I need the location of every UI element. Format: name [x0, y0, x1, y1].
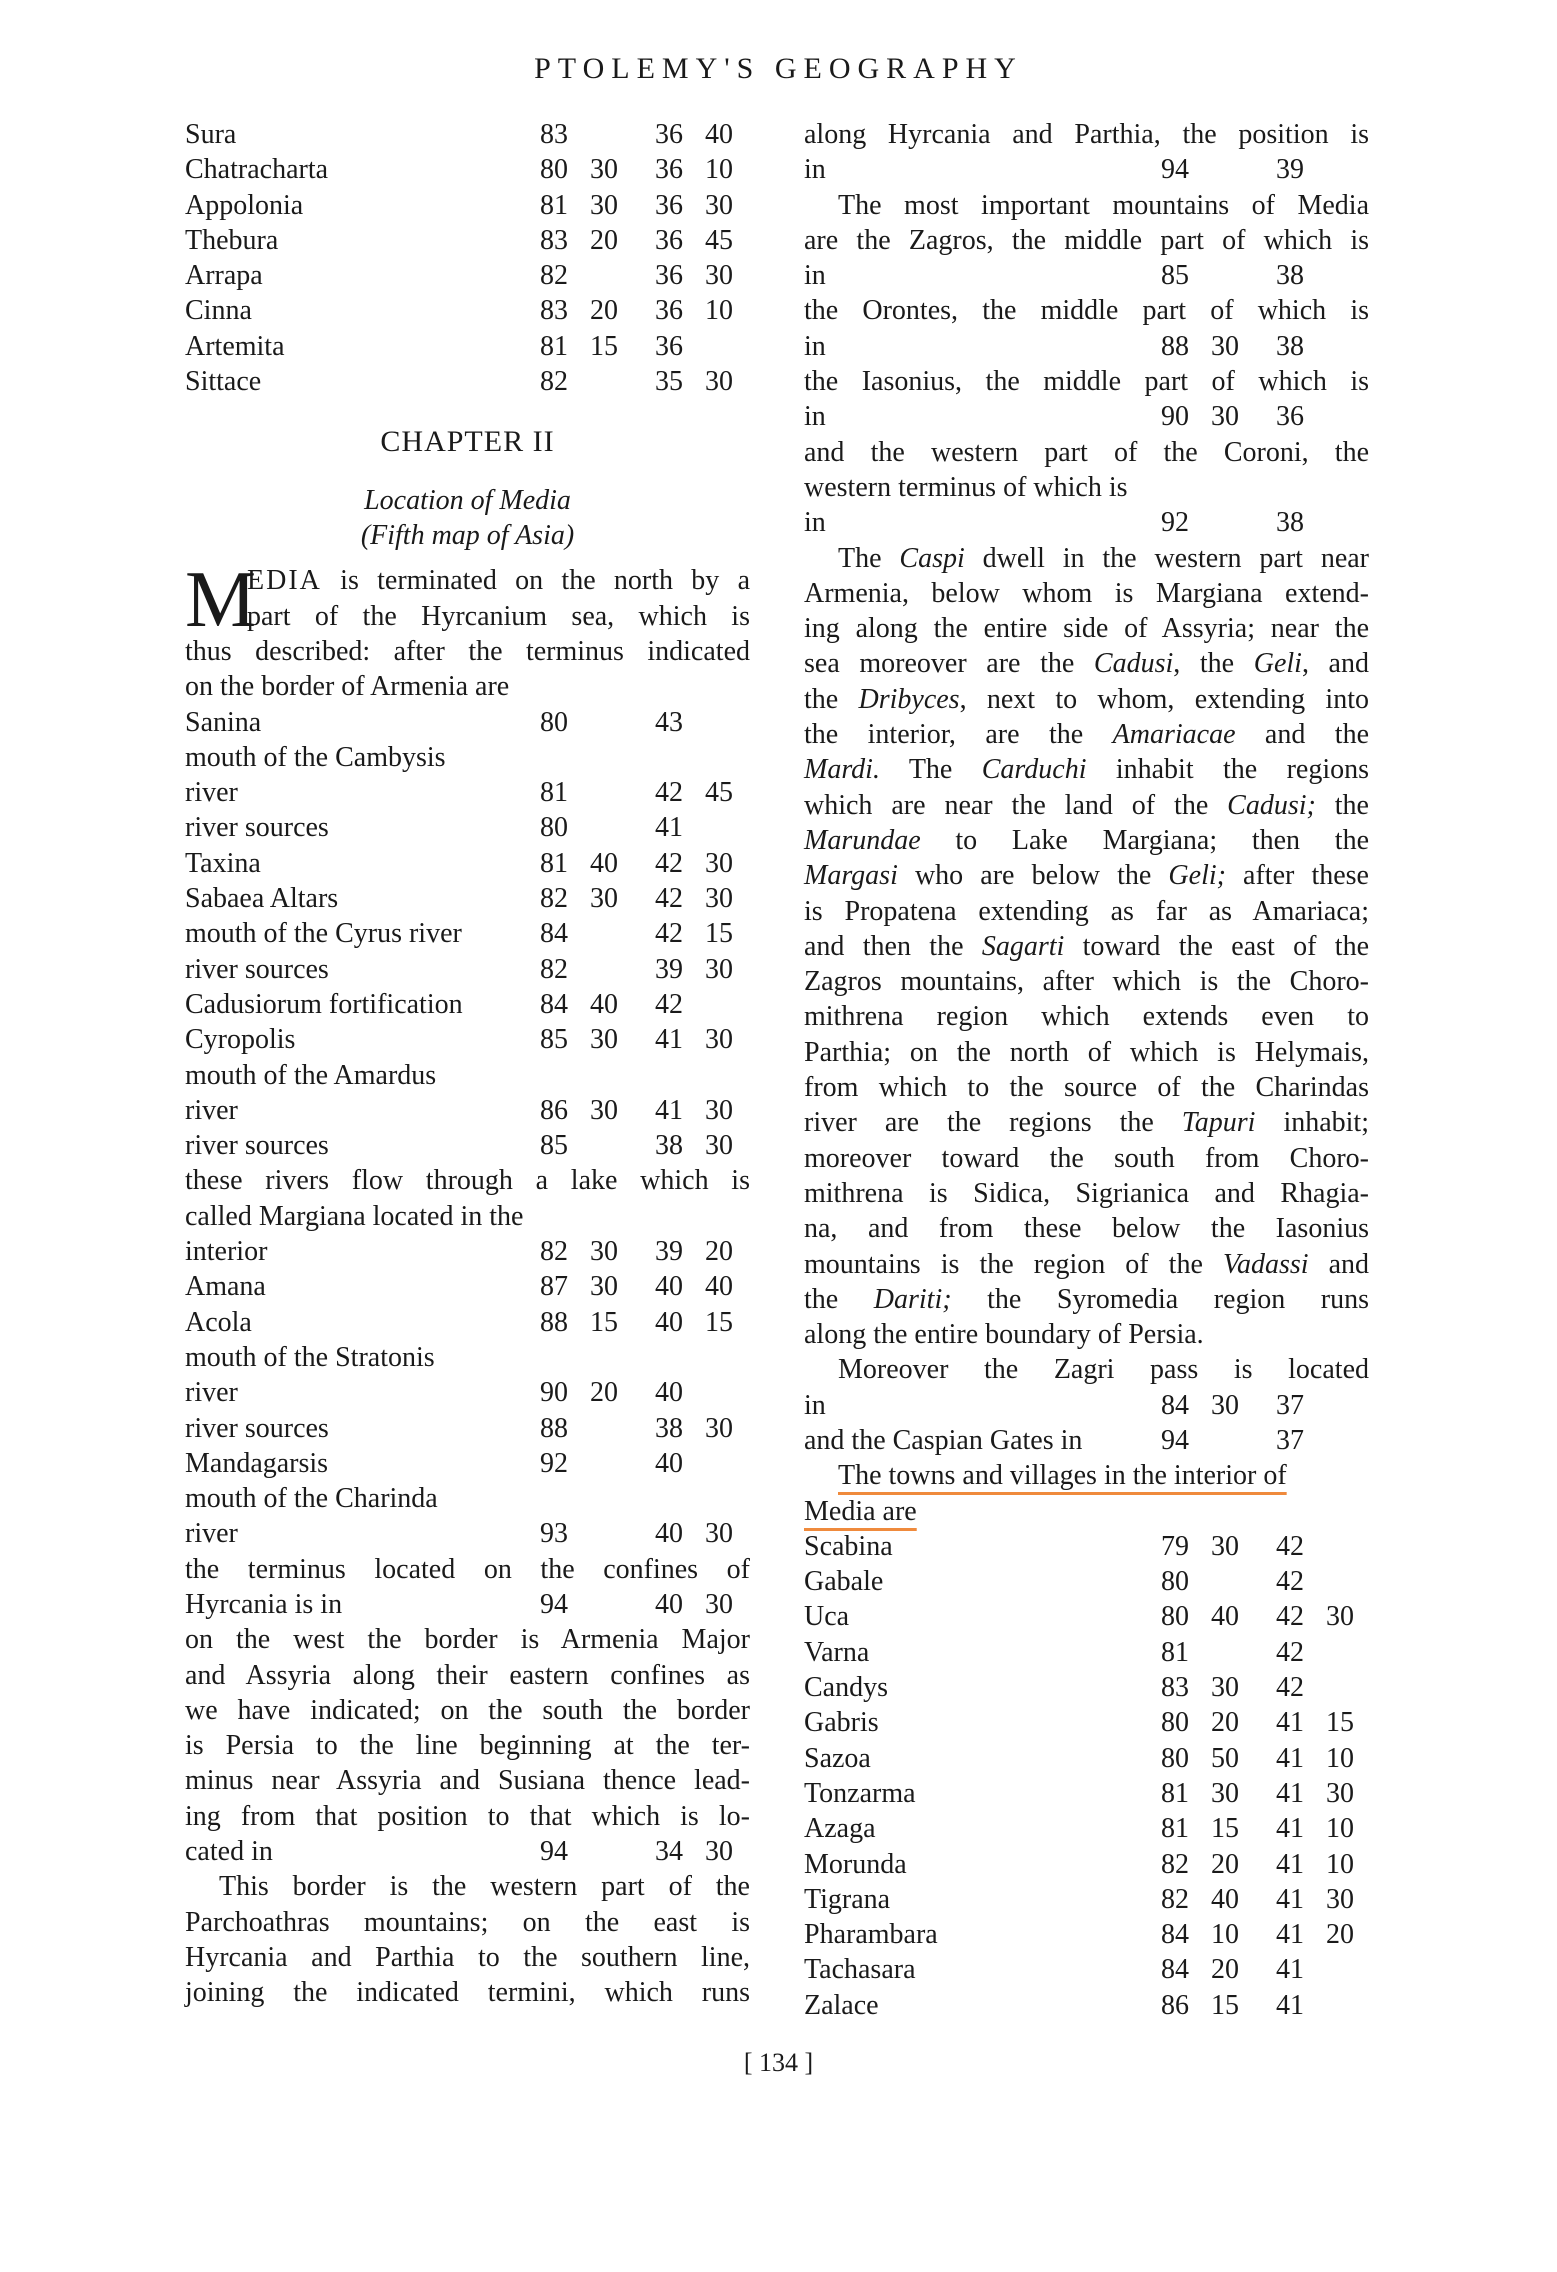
table-row: Azaga81154110: [804, 1811, 1369, 1846]
table-row: river sources853830: [185, 1128, 750, 1163]
table-row: in9238: [804, 505, 1369, 540]
table-row: Varna8142: [804, 1635, 1369, 1670]
table-row: in903036: [804, 399, 1369, 434]
table-row: mouth of the Amardus: [185, 1058, 750, 1093]
left-column: Sura833640 Chatracharta80303610 Appoloni…: [185, 117, 750, 2011]
table-row: river sources8041: [185, 810, 750, 845]
underline-annotation[interactable]: The towns and villages in the interior o…: [838, 1460, 1287, 1491]
top-coordinate-table: Sura833640 Chatracharta80303610 Appoloni…: [185, 117, 750, 399]
highlighted-text[interactable]: Media are: [804, 1494, 1369, 1529]
table-row: in9439: [804, 152, 1369, 187]
table-row: Gabris80204115: [804, 1705, 1369, 1740]
body-text: the terminus located on the confines of: [185, 1552, 750, 1587]
lake-coordinate-table: interior82303920 Amana87304040 Acola8815…: [185, 1234, 750, 1552]
highlighted-text[interactable]: The towns and villages in the interior o…: [804, 1458, 1369, 1493]
coast-coordinate-table: Sanina8043 mouth of the Cambysis river81…: [185, 705, 750, 1164]
table-row: Taxina81404230: [185, 846, 750, 881]
table-row: Cyropolis85304130: [185, 1022, 750, 1057]
table-row: Sittace823530: [185, 364, 750, 399]
table-row: mouth of the Cyrus river844215: [185, 916, 750, 951]
body-text: the Orontes, the middle part of which is: [804, 293, 1369, 328]
table-row: river sources823930: [185, 952, 750, 987]
table-row: river814245: [185, 775, 750, 810]
table-row: interior82303920: [185, 1234, 750, 1269]
intro-paragraph: M EDIA is terminated on the north by a p…: [185, 563, 750, 704]
peoples-paragraph: The Caspi dwell in the western part near…: [804, 541, 1369, 1353]
table-row: Arrapa823630: [185, 258, 750, 293]
right-column: along Hyrcania and Parthia, the position…: [804, 117, 1369, 2023]
table-row: Tonzarma81304130: [804, 1776, 1369, 1811]
body-text: Moreover the Zagri pass is located: [804, 1352, 1369, 1387]
closing-paragraph: This border is the western part of the P…: [185, 1869, 750, 2010]
chapter-subtitle: Location of Media: [185, 483, 750, 518]
table-row: Uca80404230: [804, 1599, 1369, 1634]
body-text: are the Zagros, the middle part of which…: [804, 223, 1369, 258]
chapter-map-reference: (Fifth map of Asia): [185, 518, 750, 553]
table-row: Scabina793042: [804, 1529, 1369, 1564]
table-row: Artemita811536: [185, 329, 750, 364]
table-row: Sabaea Altars82304230: [185, 881, 750, 916]
table-row: river934030: [185, 1516, 750, 1551]
table-row: Tachasara842041: [804, 1952, 1369, 1987]
table-row: Zalace861541: [804, 1988, 1369, 2023]
table-row: Hyrcania is in944030: [185, 1587, 750, 1622]
running-head: PTOLEMY'S GEOGRAPHY: [0, 52, 1557, 86]
table-row: river902040: [185, 1375, 750, 1410]
body-text: these rivers flow through a lake which i…: [185, 1163, 750, 1198]
chapter-title: CHAPTER II: [185, 419, 750, 465]
table-row: Chatracharta80303610: [185, 152, 750, 187]
table-row: and the Caspian Gates in9437: [804, 1423, 1369, 1458]
table-row: in843037: [804, 1388, 1369, 1423]
border-paragraph: on the west the border is Armenia Major …: [185, 1622, 750, 1834]
table-row: Appolonia81303630: [185, 188, 750, 223]
table-row: Candys833042: [804, 1670, 1369, 1705]
body-text: the Iasonius, the middle part of which i…: [804, 364, 1369, 399]
table-row: Gabale8042: [804, 1564, 1369, 1599]
table-row: in8538: [804, 258, 1369, 293]
table-row: Mandagarsis9240: [185, 1446, 750, 1481]
table-row: Sazoa80504110: [804, 1741, 1369, 1776]
table-row: Pharambara84104120: [804, 1917, 1369, 1952]
table-row: Thebura83203645: [185, 223, 750, 258]
body-text: and the western part of the Coroni, the: [804, 435, 1369, 470]
page-number: [ 134 ]: [0, 2048, 1557, 2078]
body-text: The most important mountains of Media: [804, 188, 1369, 223]
table-row: river86304130: [185, 1093, 750, 1128]
table-row: Amana87304040: [185, 1269, 750, 1304]
underline-annotation[interactable]: Media are: [804, 1496, 917, 1527]
table-row: cated in943430: [185, 1834, 750, 1869]
table-row: Tigrana82404130: [804, 1882, 1369, 1917]
towns-coordinate-table: Scabina793042 Gabale8042 Uca80404230 Var…: [804, 1529, 1369, 2023]
table-row: Sanina8043: [185, 705, 750, 740]
table-row: Morunda82204110: [804, 1847, 1369, 1882]
body-text: along Hyrcania and Parthia, the position…: [804, 117, 1369, 152]
table-row: Cinna83203610: [185, 293, 750, 328]
body-text: called Margiana located in the: [185, 1199, 750, 1234]
table-row: Cadusiorum fortification844042: [185, 987, 750, 1022]
table-row: Sura833640: [185, 117, 750, 152]
body-text: western terminus of which is: [804, 470, 1369, 505]
table-row: mouth of the Cambysis: [185, 740, 750, 775]
table-row: in883038: [804, 329, 1369, 364]
table-row: mouth of the Stratonis: [185, 1340, 750, 1375]
table-row: mouth of the Charinda: [185, 1481, 750, 1516]
table-row: Acola88154015: [185, 1305, 750, 1340]
table-row: river sources883830: [185, 1411, 750, 1446]
